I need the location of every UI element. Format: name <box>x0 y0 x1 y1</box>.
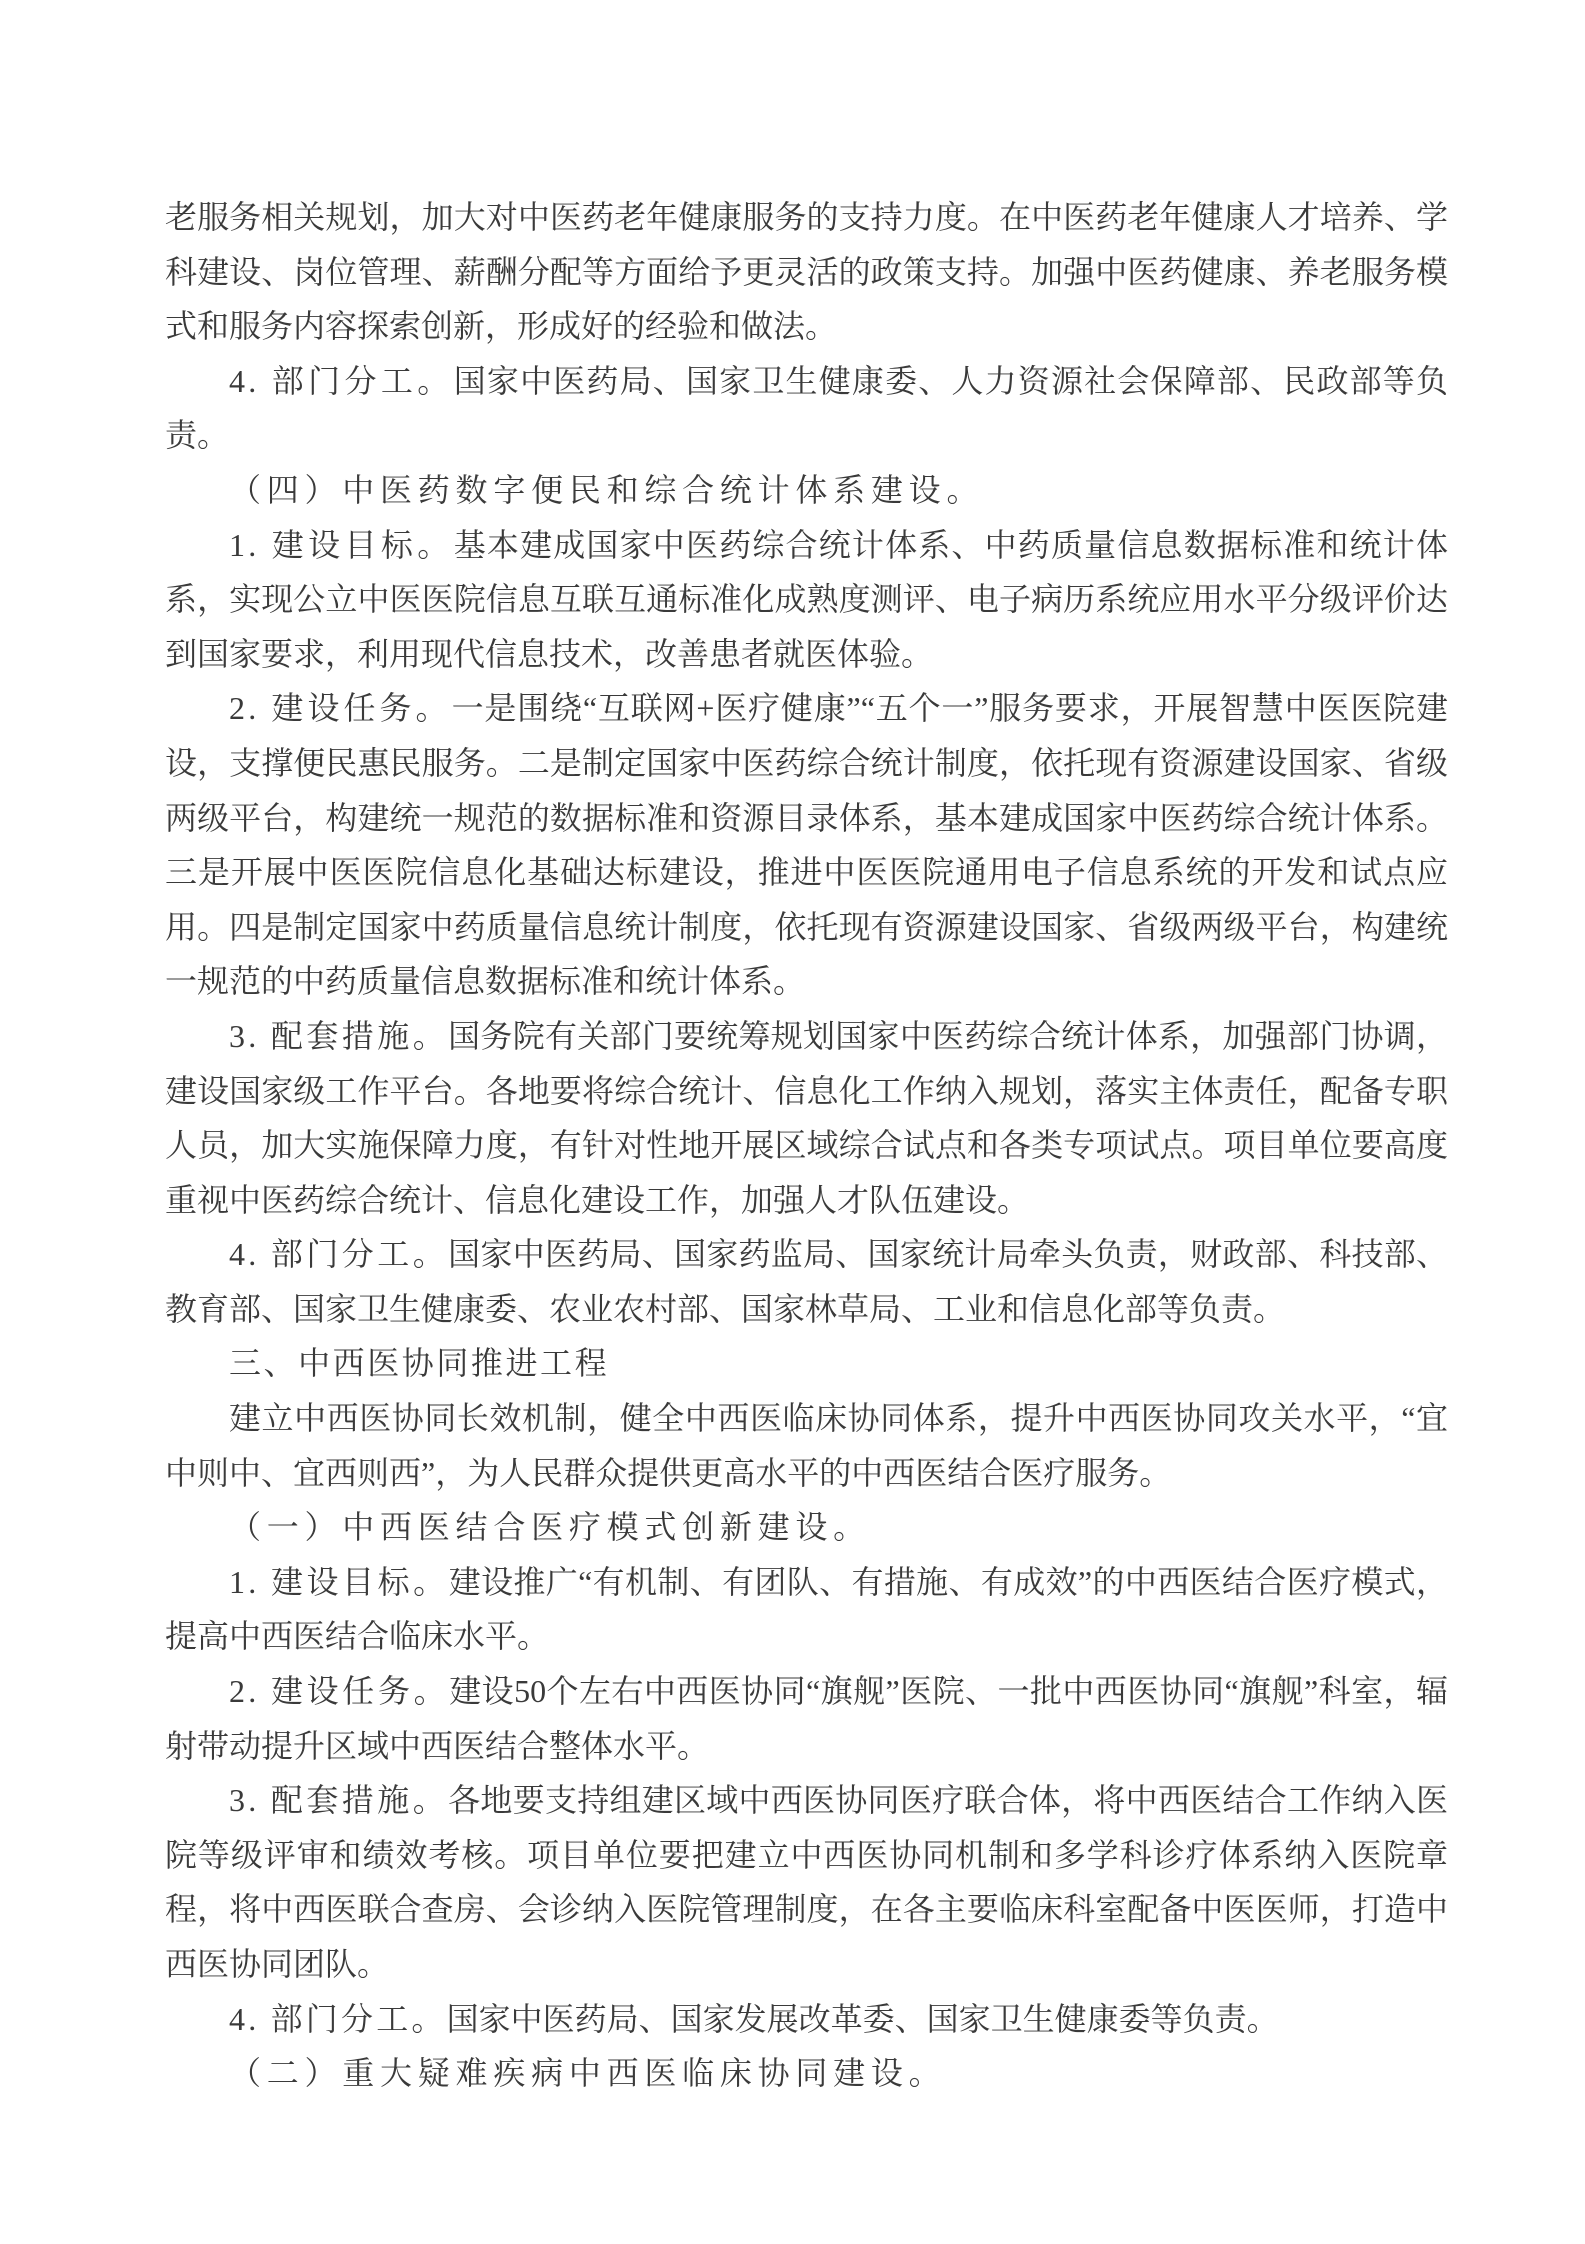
subsection-heading-4-digital-statistics: （四）中医药数字便民和综合统计体系建设。 <box>165 463 1448 518</box>
subsection-heading-2-major-difficult-diseases: （二）重大疑难疾病中西医临床协同建设。 <box>165 2046 1448 2101</box>
paragraph-text: 建立中西医协同长效机制，健全中西医临床协同体系，提升中西医协同攻关水平，“宜中则… <box>165 1400 1448 1491</box>
paragraph-text: 一是围绕“互联网+医疗健康”“五个一”服务要求，开展智慧中医医院建设，支撑便民惠… <box>165 690 1448 999</box>
paragraph-department-division-3: 4. 部门分工。国家中医药局、国家发展改革委、国家卫生健康委等负责。 <box>165 1992 1448 2047</box>
paragraph-construction-goal-2: 1. 建设目标。建设推广“有机制、有团队、有措施、有成效”的中西医结合医疗模式，… <box>165 1555 1448 1664</box>
paragraph-construction-goal: 1. 建设目标。基本建成国家中医药综合统计体系、中药质量信息数据标准和统计体系，… <box>165 518 1448 682</box>
paragraph-construction-tasks-2: 2. 建设任务。建设50个左右中西医协同“旗舰”医院、一批中西医协同“旗舰”科室… <box>165 1664 1448 1773</box>
paragraph-lead-label: 4. 部门分工。 <box>229 1236 448 1272</box>
paragraph-elderly-service-continuation: 老服务相关规划，加大对中医药老年健康服务的支持力度。在中医药老年健康人才培养、学… <box>165 190 1448 354</box>
document-body: 老服务相关规划，加大对中医药老年健康服务的支持力度。在中医药老年健康人才培养、学… <box>165 190 1448 2101</box>
heading-text: （二）重大疑难疾病中西医临床协同建设。 <box>229 2055 946 2091</box>
paragraph-lead-label: 4. 部门分工。 <box>229 363 454 399</box>
paragraph-lead-label: 4. 部门分工。 <box>229 2001 447 2037</box>
paragraph-lead-label: 1. 建设目标。 <box>229 1564 449 1600</box>
paragraph-text: 国家中医药局、国家发展改革委、国家卫生健康委等负责。 <box>447 2001 1279 2037</box>
section-heading-3-tcm-western-collaboration: 三、中西医协同推进工程 <box>165 1336 1448 1391</box>
paragraph-lead-label: 1. 建设目标。 <box>229 527 454 563</box>
paragraph-lead-label: 2. 建设任务。 <box>229 690 452 726</box>
paragraph-supporting-measures: 3. 配套措施。国务院有关部门要统筹规划国家中医药综合统计体系，加强部门协调，建… <box>165 1009 1448 1227</box>
paragraph-collaboration-intro: 建立中西医协同长效机制，健全中西医临床协同体系，提升中西医协同攻关水平，“宜中则… <box>165 1391 1448 1500</box>
paragraph-supporting-measures-2: 3. 配套措施。各地要支持组建区域中西医协同医疗联合体，将中西医结合工作纳入医院… <box>165 1773 1448 1991</box>
document-page: 老服务相关规划，加大对中医药老年健康服务的支持力度。在中医药老年健康人才培养、学… <box>0 0 1585 2244</box>
paragraph-lead-label: 3. 配套措施。 <box>229 1018 448 1054</box>
paragraph-lead-label: 2. 建设任务。 <box>229 1673 449 1709</box>
heading-text: （一）中西医结合医疗模式创新建设。 <box>229 1509 871 1545</box>
paragraph-lead-label: 3. 配套措施。 <box>229 1782 448 1818</box>
paragraph-text: 老服务相关规划，加大对中医药老年健康服务的支持力度。在中医药老年健康人才培养、学… <box>165 199 1448 344</box>
heading-text: （四）中医药数字便民和综合统计体系建设。 <box>229 472 984 508</box>
paragraph-construction-tasks: 2. 建设任务。一是围绕“互联网+医疗健康”“五个一”服务要求，开展智慧中医医院… <box>165 681 1448 1009</box>
subsection-heading-1-integrated-medical-model: （一）中西医结合医疗模式创新建设。 <box>165 1500 1448 1555</box>
heading-text: 三、中西医协同推进工程 <box>229 1345 609 1381</box>
paragraph-department-division-1: 4. 部门分工。国家中医药局、国家卫生健康委、人力资源社会保障部、民政部等负责。 <box>165 354 1448 463</box>
paragraph-department-division-2: 4. 部门分工。国家中医药局、国家药监局、国家统计局牵头负责，财政部、科技部、教… <box>165 1227 1448 1336</box>
